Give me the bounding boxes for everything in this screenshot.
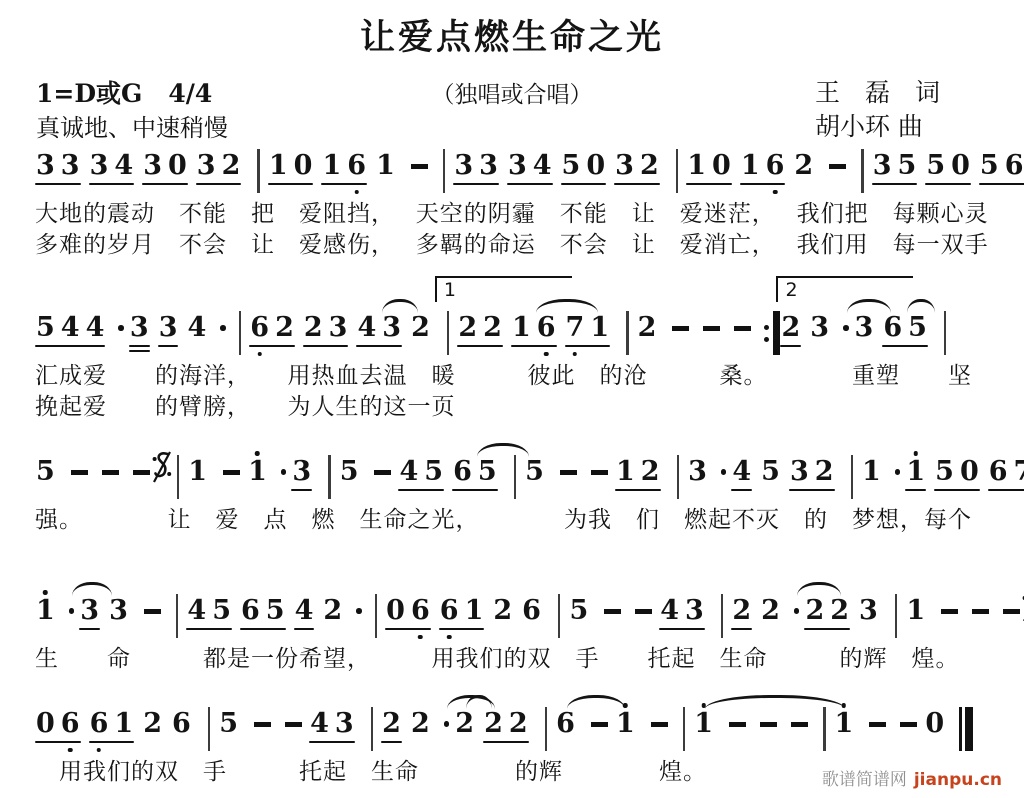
note-group: 43	[356, 314, 402, 347]
note-digit: 6	[453, 458, 472, 486]
beam-underline	[780, 345, 801, 348]
note-digit: 2	[323, 597, 342, 625]
slur-arc	[72, 582, 112, 596]
dash-note	[703, 314, 720, 331]
octave-dot-below	[68, 748, 73, 753]
note-digit: 2	[640, 152, 659, 180]
note-group: 3	[854, 314, 875, 342]
augmentation-dot	[890, 458, 906, 475]
note-digit: 2	[761, 597, 780, 625]
barline	[677, 455, 680, 499]
beam-underline	[35, 345, 105, 348]
note-digit: 5	[212, 597, 231, 625]
note-digit: 2	[732, 597, 751, 625]
note-group: 10	[686, 152, 732, 185]
watermark: 歌谱简谱网jianpu.cn	[822, 765, 1002, 790]
note-digit: 3	[329, 314, 348, 342]
note-digit: 6	[411, 597, 430, 625]
note-digit: 6	[347, 152, 366, 180]
note-digit: 4	[114, 152, 133, 180]
note-group: 3	[291, 458, 312, 491]
octave-dot-below	[544, 352, 549, 357]
barline	[328, 455, 331, 499]
note-digit: 2	[455, 710, 474, 738]
note-group: 65	[240, 597, 286, 630]
note-group: 5	[568, 597, 589, 625]
beam-underline	[561, 183, 607, 186]
composer-credit: 胡小环 曲	[815, 110, 940, 144]
dash-note	[223, 458, 240, 475]
note-digit: 2	[781, 314, 800, 342]
note-digit: 3	[454, 152, 473, 180]
lyrics-line: 强。 让 爱 点 燃 生命之光， 为我 们 燃起不灭 的 梦想，每个	[35, 506, 1013, 535]
note-group: 32	[789, 458, 835, 491]
note-group: 4	[731, 458, 752, 491]
note-digit: 2	[411, 710, 430, 738]
augmentation-dot	[215, 314, 231, 331]
note-group: 32	[196, 152, 242, 185]
dash-note	[651, 710, 668, 727]
note-digit: 2	[458, 314, 477, 342]
note-digit: 1	[616, 710, 635, 738]
dash-note	[941, 597, 958, 614]
dash-note	[869, 710, 886, 727]
note-digit: 0	[960, 458, 979, 486]
dash-note	[591, 458, 608, 475]
beam-underline	[988, 489, 1024, 492]
dash-note	[791, 710, 808, 727]
barline	[895, 594, 898, 638]
barline	[447, 311, 450, 355]
note-digit: 3	[61, 152, 80, 180]
note-group: 5	[760, 458, 781, 486]
note-digit: 3	[90, 152, 109, 180]
barline	[239, 311, 242, 355]
dash-note	[1003, 597, 1020, 614]
note-digit: 4	[533, 152, 552, 180]
octave-dot-below	[573, 352, 578, 357]
beam-underline	[35, 741, 81, 744]
note-group: 4	[294, 597, 315, 630]
dash-note	[254, 710, 271, 727]
octave-dot-above	[913, 451, 918, 456]
note-digit: 6	[537, 314, 556, 342]
note-group: 22	[804, 597, 850, 630]
beam-underline	[511, 345, 557, 348]
octave-dot-above	[623, 703, 628, 708]
note-digit: 1	[465, 597, 484, 625]
octave-dot-below	[418, 635, 423, 640]
augmentation-dot	[439, 710, 455, 727]
lyrics-line: 汇成爱 的海洋， 用热血去温 暖 彼此 的沧 桑。 重塑 坚	[35, 362, 1013, 391]
note-digit: 6	[766, 152, 785, 180]
note-group: 1	[615, 710, 636, 738]
augmentation-dot	[64, 597, 80, 614]
note-digit: 5	[424, 458, 443, 486]
note-digit: 3	[508, 152, 527, 180]
note-group: 2	[637, 314, 658, 342]
note-digit: 6	[172, 710, 191, 738]
note-digit: 5	[340, 458, 359, 486]
note-digit: 2	[794, 152, 813, 180]
beam-underline	[158, 345, 179, 348]
note-group: 3	[687, 458, 708, 486]
note-group: 2	[793, 152, 814, 180]
note-digit: 1	[322, 152, 341, 180]
note-group: 43	[659, 597, 705, 630]
note-digit: 3	[855, 314, 874, 342]
note-digit: 0	[168, 152, 187, 180]
note-group: 6	[555, 710, 576, 738]
music-system: 544334622343212216712223365汇成爱 的海洋， 用热血去…	[35, 314, 1013, 422]
repeat-end-barline	[764, 311, 780, 355]
note-digit: 2	[815, 458, 834, 486]
notes-row: 544334622343212216712223365	[35, 314, 1013, 360]
beam-underline	[321, 183, 367, 186]
note-digit: 3	[790, 458, 809, 486]
note-digit: 1	[188, 458, 207, 486]
note-group: 61	[89, 710, 135, 743]
note-digit: 1	[616, 458, 635, 486]
note-group: 3	[858, 597, 879, 625]
note-group: 4	[186, 314, 207, 342]
note-digit: 5	[266, 597, 285, 625]
beam-underline	[453, 183, 499, 186]
note-group: 1	[187, 458, 208, 486]
slur-arc	[477, 443, 529, 457]
augmentation-dot	[838, 314, 854, 331]
dash-note	[729, 710, 746, 727]
note-digit: 3	[197, 152, 216, 180]
note-group: 1	[861, 458, 882, 486]
note-digit: 6	[241, 597, 260, 625]
note-digit: 5	[36, 458, 55, 486]
note-digit: 4	[187, 314, 206, 342]
beam-underline	[240, 628, 286, 631]
beam-underline	[614, 183, 660, 186]
beam-underline	[439, 628, 485, 631]
notes-row: 51135456551234532115067	[35, 458, 1013, 504]
beam-underline	[872, 183, 918, 186]
note-digit: 0	[386, 597, 405, 625]
note-group: 22	[457, 314, 503, 347]
beam-underline	[731, 489, 752, 492]
watermark-url: jianpu.cn	[914, 770, 1002, 790]
augmentation-dot	[351, 597, 367, 614]
note-group: 65	[882, 314, 928, 347]
barline	[676, 149, 679, 193]
note-group: 2	[454, 710, 475, 738]
lyrics-line: 生 命 都是一份希望， 用我们的双 手 托起 生命 的辉 煌。	[35, 645, 1013, 674]
final-barline	[959, 707, 973, 751]
music-system: 133456542066126543222231生 命 都是一份希望， 用我们的…	[35, 597, 1013, 674]
note-digit: 4	[86, 314, 105, 342]
music-system: 51135456551234532115067强。 让 爱 点 燃 生命之光， …	[35, 458, 1013, 535]
note-group: 1	[905, 458, 926, 491]
note-digit: 7	[566, 314, 585, 342]
octave-dot-below	[447, 635, 452, 640]
beam-underline	[268, 183, 314, 186]
note-digit: 3	[130, 314, 149, 342]
barline	[371, 707, 374, 751]
beam-underline	[398, 489, 444, 492]
barline	[683, 707, 686, 751]
note-digit: 3	[859, 597, 878, 625]
dash-note	[144, 597, 161, 614]
note-digit: 6	[883, 314, 902, 342]
octave-dot-below	[257, 352, 262, 357]
note-digit: 6	[61, 710, 80, 738]
note-digit: 5	[569, 597, 588, 625]
note-group: 50	[925, 152, 971, 185]
note-digit: 0	[925, 710, 944, 738]
note-digit: 3	[685, 597, 704, 625]
note-group: 62	[249, 314, 295, 347]
note-group: 22	[483, 710, 529, 743]
note-digit: 1	[114, 710, 133, 738]
dash-note	[560, 458, 577, 475]
beam-underline	[934, 489, 980, 492]
beam-underline	[129, 345, 150, 348]
note-group: 43	[309, 710, 355, 743]
note-digit: 2	[509, 710, 528, 738]
note-digit: 2	[638, 314, 657, 342]
note-digit: 0	[712, 152, 731, 180]
note-digit: 3	[143, 152, 162, 180]
note-digit: 4	[399, 458, 418, 486]
note-group: 6	[521, 597, 542, 625]
note-digit: 1	[687, 152, 706, 180]
octave-dot-below	[97, 748, 102, 753]
note-digit: 1	[376, 152, 395, 180]
note-digit: 6	[440, 597, 459, 625]
note-digit: 5	[980, 152, 999, 180]
beam-underline	[186, 628, 232, 631]
note-group: 2	[731, 597, 752, 630]
dash-note	[900, 710, 917, 727]
note-group: 5	[524, 458, 545, 486]
note-digit: 4	[187, 597, 206, 625]
note-digit: 1	[906, 597, 925, 625]
note-group: 12	[615, 458, 661, 491]
note-group: 2	[381, 710, 402, 743]
beam-underline	[79, 628, 100, 631]
octave-dot-below	[773, 190, 778, 195]
note-digit: 2	[382, 710, 401, 738]
note-digit: 1	[36, 597, 55, 625]
barline	[558, 594, 561, 638]
note-digit: 6	[250, 314, 269, 342]
note-digit: 3	[292, 458, 311, 486]
note-digit: 2	[483, 314, 502, 342]
note-digit: 6	[522, 597, 541, 625]
note-group: 50	[934, 458, 980, 491]
slur-arc	[466, 695, 492, 709]
note-group: 33	[35, 152, 81, 185]
beam-underline	[35, 183, 81, 186]
barline	[721, 594, 724, 638]
dash-note	[591, 710, 608, 727]
note-group: 2	[492, 597, 513, 625]
beam-underline	[452, 489, 498, 492]
beam-underline	[196, 183, 242, 186]
slur-arc	[382, 299, 418, 313]
barline	[176, 594, 179, 638]
beam-underline	[615, 489, 661, 492]
note-group: 50	[561, 152, 607, 185]
lyrics-line: 大地的震动 不能 把 爱阻挡， 天空的阴霾 不能 让 爱迷茫， 我们把 每颗心灵	[35, 200, 1013, 229]
beam-underline	[457, 345, 503, 348]
note-group: 2	[322, 597, 343, 625]
beam-underline	[381, 741, 402, 744]
note-group: 34	[507, 152, 553, 185]
note-digit: 3	[335, 710, 354, 738]
note-group: 2	[760, 597, 781, 625]
note-group: 1	[905, 597, 926, 625]
note-digit: 2	[143, 710, 162, 738]
augmentation-dot	[789, 597, 805, 614]
beam-underline	[804, 628, 850, 631]
barline	[944, 311, 947, 355]
beam-underline	[731, 628, 752, 631]
note-group: 32	[614, 152, 660, 185]
note-digit: 1	[590, 314, 609, 342]
beam-underline	[142, 183, 188, 186]
dash-note	[829, 152, 846, 169]
barline	[545, 707, 548, 751]
note-group: 5	[35, 458, 56, 486]
octave-dot-below	[354, 190, 359, 195]
note-digit: 5	[761, 458, 780, 486]
note-digit: 5	[525, 458, 544, 486]
note-digit: 5	[36, 314, 55, 342]
note-group: 2	[142, 710, 163, 738]
note-digit: 6	[556, 710, 575, 738]
note-group: 71	[565, 314, 611, 347]
note-digit: 3	[810, 314, 829, 342]
volta-number: 1	[437, 279, 456, 301]
note-digit: 6	[90, 710, 109, 738]
note-group: 1	[375, 152, 396, 180]
notes-row: 33343032101613334503210162355056♭76	[35, 152, 1013, 198]
note-group: 65	[452, 458, 498, 491]
note-group: 3	[129, 314, 150, 352]
beam-underline	[294, 628, 315, 631]
note-digit: 5	[478, 458, 497, 486]
note-group: 5	[339, 458, 360, 486]
dash-note	[374, 458, 391, 475]
barline	[257, 149, 260, 193]
beam-underline	[385, 628, 431, 631]
barline	[177, 455, 180, 499]
beam-underline	[89, 741, 135, 744]
dash-note	[285, 710, 302, 727]
note-digit: 3	[479, 152, 498, 180]
note-digit: 5	[562, 152, 581, 180]
dash-note	[760, 710, 777, 727]
watermark-site: 歌谱简谱网	[822, 770, 907, 790]
note-digit: 5	[219, 710, 238, 738]
note-group: 16	[511, 314, 557, 347]
beam-underline	[507, 183, 553, 186]
note-group: 1	[693, 710, 714, 738]
note-digit: 6	[1005, 152, 1024, 180]
note-digit: 3	[80, 597, 99, 625]
note-digit: 1	[906, 458, 925, 486]
dash-note	[672, 314, 689, 331]
note-digit: 0	[951, 152, 970, 180]
augmentation-dot	[113, 314, 129, 331]
note-digit: 7	[1014, 458, 1024, 486]
beam-underline	[303, 345, 349, 348]
beam-underline	[686, 183, 732, 186]
beam-underline	[789, 489, 835, 492]
note-digit: 3	[688, 458, 707, 486]
note-group: 16	[321, 152, 367, 185]
barline	[861, 149, 864, 193]
sheet-music-page: 让爱点燃生命之光 1=D或G4/4 （独唱或合唱） 王 磊 词 胡小环 曲 真诚…	[0, 0, 1024, 798]
barline	[851, 455, 854, 499]
note-digit: 1	[269, 152, 288, 180]
beam-underline	[565, 345, 611, 348]
note-digit: 2	[304, 314, 323, 342]
note-group: 45	[398, 458, 444, 491]
note-group: 1	[35, 597, 56, 625]
octave-dot-above	[842, 703, 847, 708]
note-group: 56	[979, 152, 1024, 185]
note-group: 544	[35, 314, 105, 347]
note-group: 34	[89, 152, 135, 185]
repeat-dots	[764, 325, 769, 342]
note-digit: 3	[615, 152, 634, 180]
dash-note	[734, 314, 751, 331]
beam-underline	[89, 183, 135, 186]
note-digit: 2	[222, 152, 241, 180]
note-group: 2	[410, 314, 431, 342]
dash-note	[411, 152, 428, 169]
note-digit: 5	[935, 458, 954, 486]
note-digit: 3	[36, 152, 55, 180]
tempo-marking: 真诚地、中速稍慢	[36, 108, 228, 143]
beam-underline	[249, 345, 295, 348]
beam-underline	[979, 183, 1024, 186]
note-group: 16	[740, 152, 786, 185]
note-digit: 2	[830, 597, 849, 625]
note-group: 06	[385, 597, 431, 630]
beam-underline	[356, 345, 402, 348]
slur-arc	[567, 695, 625, 709]
beam-underline	[309, 741, 355, 744]
lyrics-line: 多难的岁月 不会 让 爱感伤， 多羁的命运 不会 让 爱消亡， 我们用 每一双手	[35, 231, 1013, 260]
note-digit: 0	[294, 152, 313, 180]
note-group: 06	[35, 710, 81, 743]
note-digit: 5	[908, 314, 927, 342]
note-digit: 4	[660, 597, 679, 625]
augmentation-dot	[716, 458, 732, 475]
octave-dot-above	[255, 451, 260, 456]
volta-bracket-line: 1	[435, 276, 572, 302]
note-group: 45	[186, 597, 232, 630]
page-title: 让爱点燃生命之光	[0, 10, 1024, 60]
note-digit: 4	[357, 314, 376, 342]
note-group: 1	[834, 710, 855, 738]
dash-note	[635, 597, 652, 614]
note-digit: 2	[641, 458, 660, 486]
note-group: 30	[142, 152, 188, 185]
note-group: 6	[171, 710, 192, 738]
note-group: 5	[218, 710, 239, 738]
barline	[626, 311, 629, 355]
